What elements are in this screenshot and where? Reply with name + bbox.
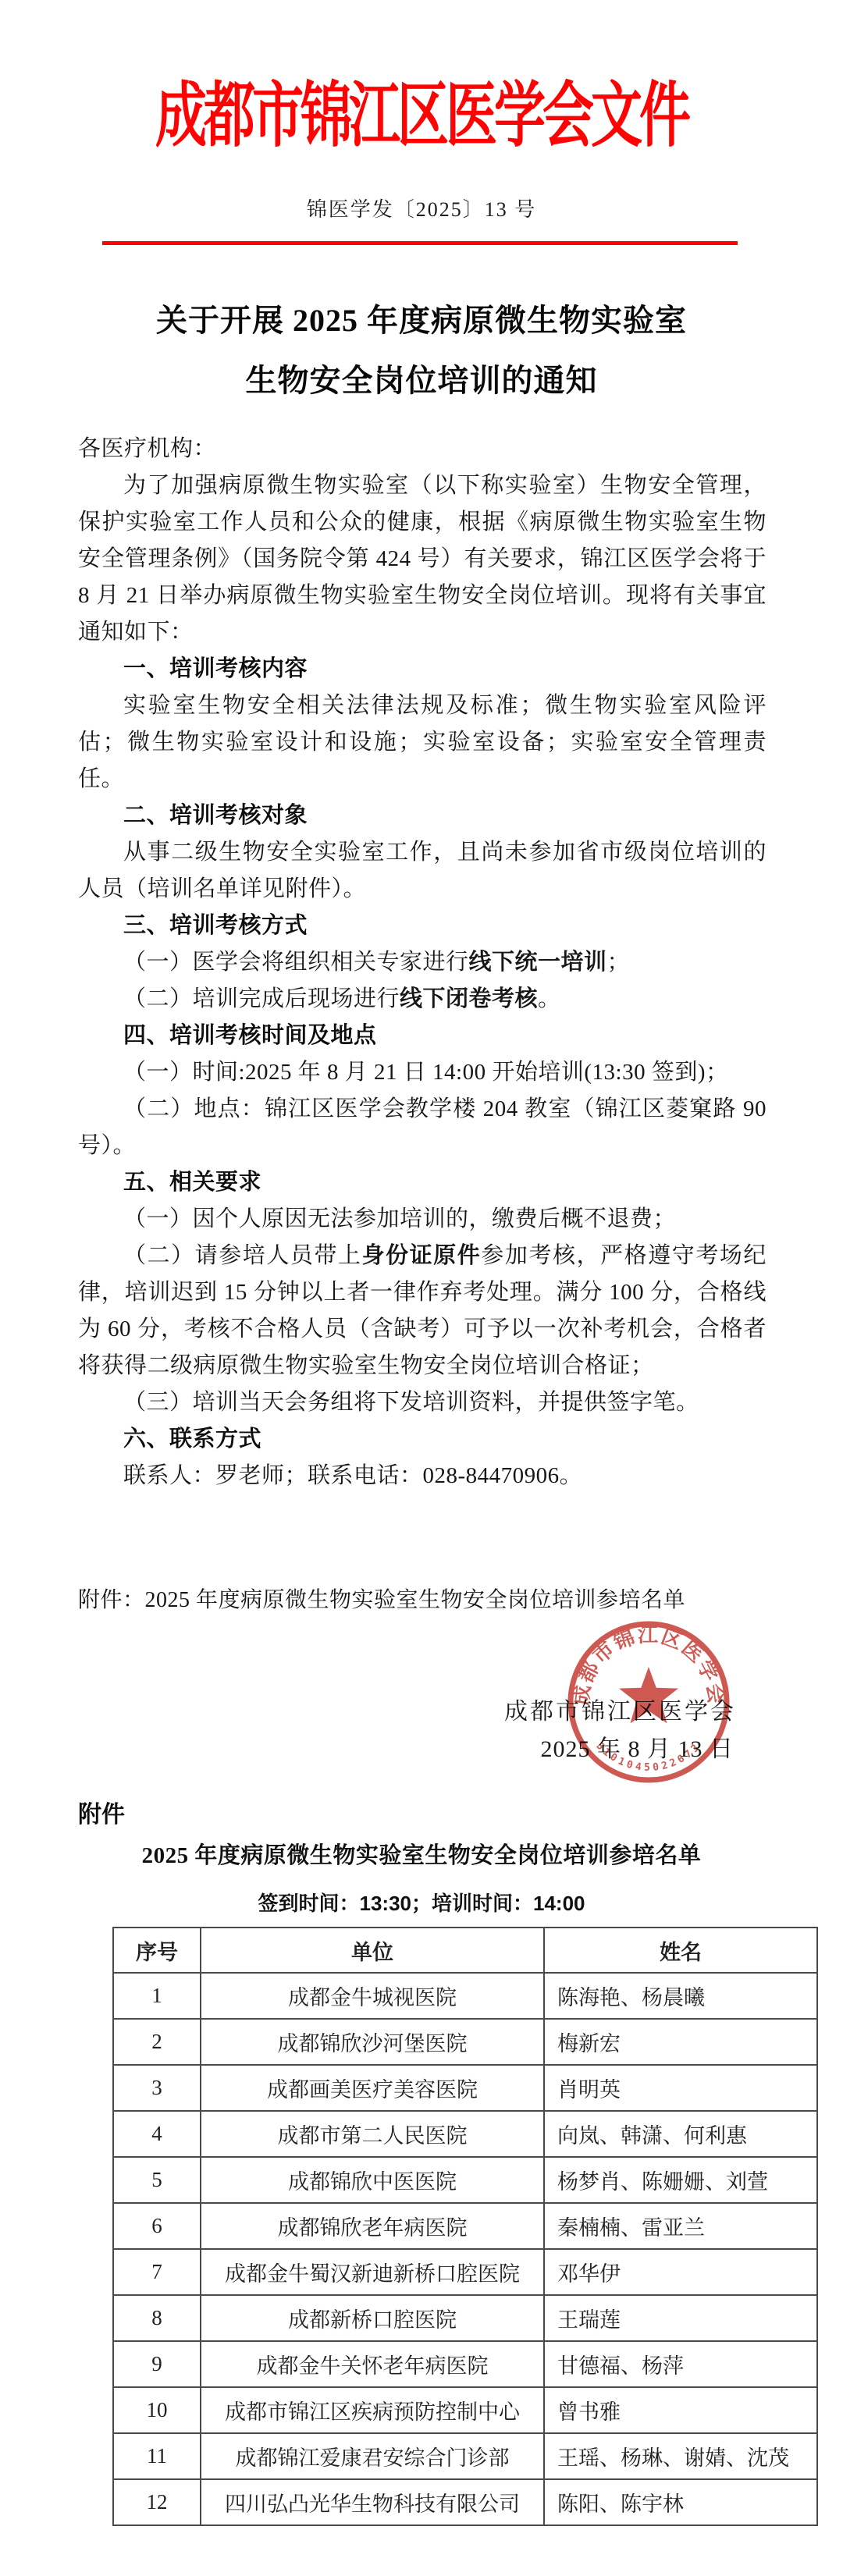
unit-cell: 成都新桥口腔医院 [201, 2295, 544, 2341]
row-index-cell: 2 [113, 2019, 201, 2065]
attachment-label: 附件 [78, 1795, 125, 1829]
body-paragraph: 联系人：罗老师；联系电话：028-84470906。 [78, 1458, 767, 1494]
names-cell: 向岚、韩潇、何利惠 [544, 2111, 817, 2157]
table-row: 8成都新桥口腔医院王瑞莲 [113, 2295, 817, 2341]
names-cell: 陈海艳、杨晨曦 [544, 1973, 817, 2019]
table-row: 5成都锦欣中医医院杨梦肖、陈姗姗、刘萱 [113, 2157, 817, 2203]
text-segment: 从事二级生物安全实验室工作，且尚未参加省市级岗位培训的人员（培训名单详见附件）。 [78, 840, 767, 901]
row-index-cell: 3 [113, 2065, 201, 2111]
section-heading: 三、培训考核方式 [78, 908, 767, 944]
section-heading: 一、培训考核内容 [78, 651, 767, 688]
row-index-cell: 5 [113, 2157, 201, 2203]
text-segment: 各医疗机构： [78, 436, 216, 461]
table-row: 1成都金牛城视医院陈海艳、杨晨曦 [113, 1973, 817, 2019]
text-segment: （一）医学会将组织相关专家进行 [123, 950, 469, 975]
text-segment: 六、联系方式 [123, 1427, 261, 1451]
body-paragraph: （一）时间:2025 年 8 月 21 日 14:00 开始培训(13:30 签… [78, 1054, 767, 1091]
section-heading: 六、联系方式 [78, 1421, 767, 1458]
notice-title-line1: 关于开展 2025 年度病原微生物实验室 [0, 290, 843, 350]
table-row: 10成都市锦江区疾病预防控制中心曾书雅 [113, 2387, 817, 2433]
table-row: 7成都金牛蜀汉新迪新桥口腔医院邓华伊 [113, 2249, 817, 2295]
attachment-schedule-line: 签到时间：13:30；培训时间：14:00 [0, 1888, 843, 1917]
text-segment: 实验室生物安全相关法律法规及标准；微生物实验室风险评估；微生物实验室设计和设施；… [78, 693, 767, 791]
row-index-cell: 4 [113, 2111, 201, 2157]
names-cell: 甘德福、杨萍 [544, 2341, 817, 2387]
text-segment: 联系人：罗老师；联系电话：028-84470906。 [123, 1463, 582, 1488]
row-index-cell: 12 [113, 2479, 201, 2525]
body-paragraph: 各医疗机构： [78, 431, 767, 467]
names-cell: 王瑶、杨琳、谢婧、沈茂 [544, 2433, 817, 2479]
text-segment: （一）因个人原因无法参加培训的，缴费后概不退费； [123, 1206, 676, 1231]
official-seal: 成都市锦江区医学会 5101045022673 [563, 1616, 735, 1788]
unit-cell: 成都金牛城视医院 [201, 1973, 544, 2019]
unit-cell: 成都锦江爱康君安综合门诊部 [201, 2433, 544, 2479]
document-body: 各医疗机构：为了加强病原微生物实验室（以下称实验室）生物安全管理，保护实验室工作… [78, 431, 767, 1494]
body-paragraph: （二）培训完成后现场进行线下闭卷考核。 [78, 981, 767, 1018]
body-paragraph: （三）培训当天会务组将下发培训资料，并提供签字笔。 [78, 1384, 767, 1421]
text-segment: 为了加强病原微生物实验室（以下称实验室）生物安全管理，保护实验室工作人员和公众的… [78, 473, 767, 645]
text-segment: ； [607, 950, 631, 975]
table-row: 11成都锦江爱康君安综合门诊部王瑶、杨琳、谢婧、沈茂 [113, 2433, 817, 2479]
unit-cell: 成都市第二人民医院 [201, 2111, 544, 2157]
notice-title: 关于开展 2025 年度病原微生物实验室 生物安全岗位培训的通知 [0, 290, 843, 410]
notice-title-line2: 生物安全岗位培训的通知 [0, 350, 843, 410]
column-header-unit: 单位 [201, 1928, 544, 1973]
text-segment: （一）时间:2025 年 8 月 21 日 14:00 开始培训(13:30 签… [123, 1060, 729, 1085]
table-row: 2成都锦欣沙河堡医院梅新宏 [113, 2019, 817, 2065]
scanned-official-document: 成都市锦江区医学会文件 锦医学发〔2025〕13 号 关于开展 2025 年度病… [0, 0, 843, 2576]
names-cell: 曾书雅 [544, 2387, 817, 2433]
text-segment: 五、相关要求 [123, 1170, 261, 1195]
section-heading: 四、培训考核时间及地点 [78, 1018, 767, 1054]
body-paragraph: 实验室生物安全相关法律法规及标准；微生物实验室风险评估；微生物实验室设计和设施；… [78, 688, 767, 798]
participant-roster-table: 序号 单位 姓名 1成都金牛城视医院陈海艳、杨晨曦2成都锦欣沙河堡医院梅新宏3成… [112, 1927, 818, 2526]
table-row: 9成都金牛关怀老年病医院甘德福、杨萍 [113, 2341, 817, 2387]
unit-cell: 成都锦欣沙河堡医院 [201, 2019, 544, 2065]
emphasized-text: 身份证原件 [362, 1243, 482, 1268]
red-divider-rule [102, 241, 738, 245]
unit-cell: 成都金牛蜀汉新迪新桥口腔医院 [201, 2249, 544, 2295]
attachment-reference-line: 附件：2025 年度病原微生物实验室生物安全岗位培训参培名单 [78, 1583, 767, 1614]
body-paragraph: 从事二级生物安全实验室工作，且尚未参加省市级岗位培训的人员（培训名单详见附件）。 [78, 834, 767, 908]
unit-cell: 成都锦欣中医医院 [201, 2157, 544, 2203]
row-index-cell: 10 [113, 2387, 201, 2433]
roster-table-body: 1成都金牛城视医院陈海艳、杨晨曦2成都锦欣沙河堡医院梅新宏3成都画美医疗美容医院… [113, 1973, 817, 2525]
table-header-row: 序号 单位 姓名 [113, 1928, 817, 1973]
text-segment: 一、培训考核内容 [123, 656, 308, 681]
table-row: 4成都市第二人民医院向岚、韩潇、何利惠 [113, 2111, 817, 2157]
section-heading: 五、相关要求 [78, 1164, 767, 1201]
names-cell: 邓华伊 [544, 2249, 817, 2295]
row-index-cell: 9 [113, 2341, 201, 2387]
text-segment: （二）请参培人员带上 [123, 1243, 362, 1268]
table-row: 3成都画美医疗美容医院肖明英 [113, 2065, 817, 2111]
names-cell: 杨梦肖、陈姗姗、刘萱 [544, 2157, 817, 2203]
text-segment: 。 [538, 986, 561, 1011]
document-number: 锦医学发〔2025〕13 号 [0, 194, 843, 222]
unit-cell: 成都锦欣老年病医院 [201, 2203, 544, 2249]
body-paragraph: （一）因个人原因无法参加培训的，缴费后概不退费； [78, 1201, 767, 1238]
letterhead-title: 成都市锦江区医学会文件 [0, 58, 843, 160]
text-segment: 二、培训考核对象 [123, 803, 308, 828]
names-cell: 秦楠楠、雷亚兰 [544, 2203, 817, 2249]
body-paragraph: （一）医学会将组织相关专家进行线下统一培训； [78, 944, 767, 981]
unit-cell: 成都金牛关怀老年病医院 [201, 2341, 544, 2387]
seal-star-icon [619, 1667, 678, 1723]
body-paragraph: （二）地点：锦江区医学会教学楼 204 教室（锦江区菱窠路 90 号）。 [78, 1091, 767, 1164]
row-index-cell: 7 [113, 2249, 201, 2295]
table-row: 6成都锦欣老年病医院秦楠楠、雷亚兰 [113, 2203, 817, 2249]
column-header-index: 序号 [113, 1928, 201, 1973]
text-segment: （二）地点：锦江区医学会教学楼 204 教室（锦江区菱窠路 90 号）。 [78, 1096, 767, 1158]
body-paragraph: 为了加强病原微生物实验室（以下称实验室）生物安全管理，保护实验室工作人员和公众的… [78, 467, 767, 651]
text-segment: （二）培训完成后现场进行 [123, 986, 400, 1011]
unit-cell: 成都画美医疗美容医院 [201, 2065, 544, 2111]
table-row: 12四川弘凸光华生物科技有限公司陈阳、陈宇林 [113, 2479, 817, 2525]
column-header-names: 姓名 [544, 1928, 817, 1973]
text-segment: （三）培训当天会务组将下发培训资料，并提供签字笔。 [123, 1390, 699, 1415]
section-heading: 二、培训考核对象 [78, 798, 767, 834]
names-cell: 肖明英 [544, 2065, 817, 2111]
unit-cell: 四川弘凸光华生物科技有限公司 [201, 2479, 544, 2525]
row-index-cell: 11 [113, 2433, 201, 2479]
row-index-cell: 1 [113, 1973, 201, 2019]
names-cell: 王瑞莲 [544, 2295, 817, 2341]
text-segment: 四、培训考核时间及地点 [123, 1023, 377, 1048]
attachment-title: 2025 年度病原微生物实验室生物安全岗位培训参培名单 [0, 1838, 843, 1870]
emphasized-text: 线下闭卷考核 [400, 986, 538, 1011]
unit-cell: 成都市锦江区疾病预防控制中心 [201, 2387, 544, 2433]
row-index-cell: 8 [113, 2295, 201, 2341]
body-paragraph: （二）请参培人员带上身份证原件参加考核，严格遵守考场纪律，培训迟到 15 分钟以… [78, 1238, 767, 1384]
names-cell: 陈阳、陈宇林 [544, 2479, 817, 2525]
emphasized-text: 线下统一培训 [469, 950, 607, 975]
row-index-cell: 6 [113, 2203, 201, 2249]
text-segment: 三、培训考核方式 [123, 913, 308, 938]
names-cell: 梅新宏 [544, 2019, 817, 2065]
